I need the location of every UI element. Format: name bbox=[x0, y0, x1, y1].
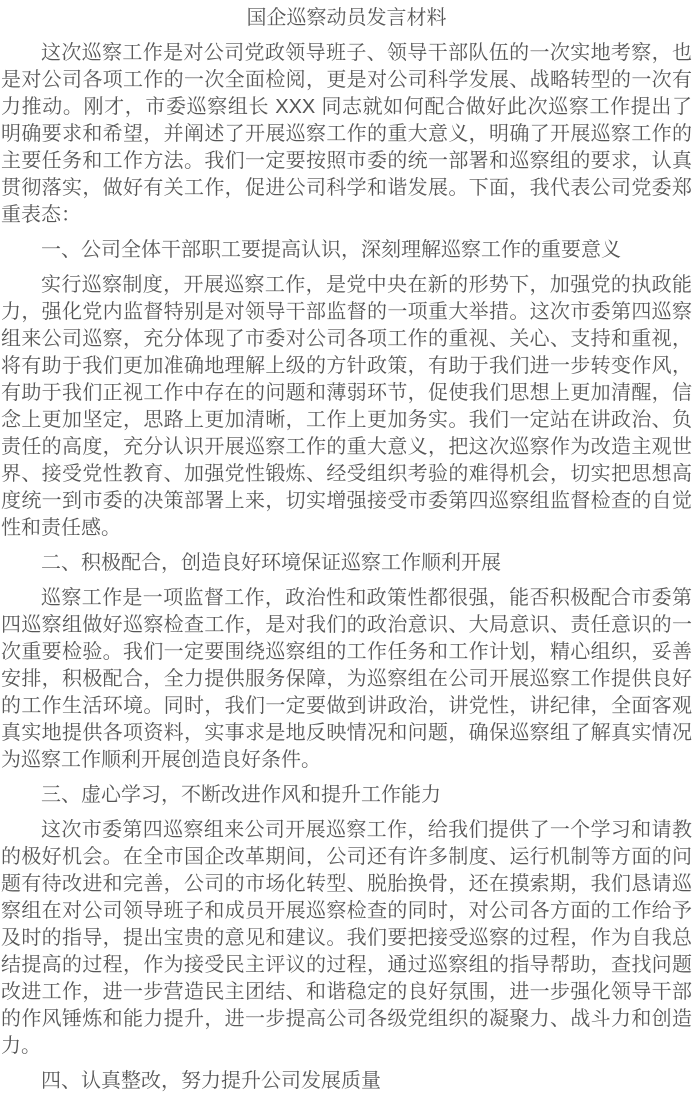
paragraph-intro: 这次巡察工作是对公司党政领导班子、领导干部队伍的一次实地考察，也是对公司各项工作… bbox=[1, 40, 692, 229]
section-heading-1: 一、公司全体干部职工要提高认识，深刻理解巡察工作的重要意义 bbox=[1, 237, 692, 264]
paragraph-section-1: 实行巡察制度，开展巡察工作，是党中央在新的形势下，加强党的执政能力，强化党内监督… bbox=[1, 272, 692, 542]
section-heading-3: 三、虚心学习，不断改进作风和提升工作能力 bbox=[1, 782, 692, 809]
paragraph-section-3: 这次市委第四巡察组来公司开展巡察工作，给我们提供了一个学习和请教的极好机会。在全… bbox=[1, 817, 692, 1060]
document-body: 国企巡察动员发言材料 这次巡察工作是对公司党政领导班子、领导干部队伍的一次实地考… bbox=[0, 0, 693, 1095]
document-page: { "document": { "title": "国企巡察动员发言材料", "… bbox=[0, 0, 693, 1097]
document-title: 国企巡察动员发言材料 bbox=[1, 5, 692, 32]
section-heading-4: 四、认真整改，努力提升公司发展质量 bbox=[1, 1068, 692, 1095]
section-heading-2: 二、积极配合，创造良好环境保证巡察工作顺利开展 bbox=[1, 550, 692, 577]
paragraph-section-2: 巡察工作是一项监督工作，政治性和政策性都很强，能否积极配合市委第四巡察组做好巡察… bbox=[1, 585, 692, 774]
